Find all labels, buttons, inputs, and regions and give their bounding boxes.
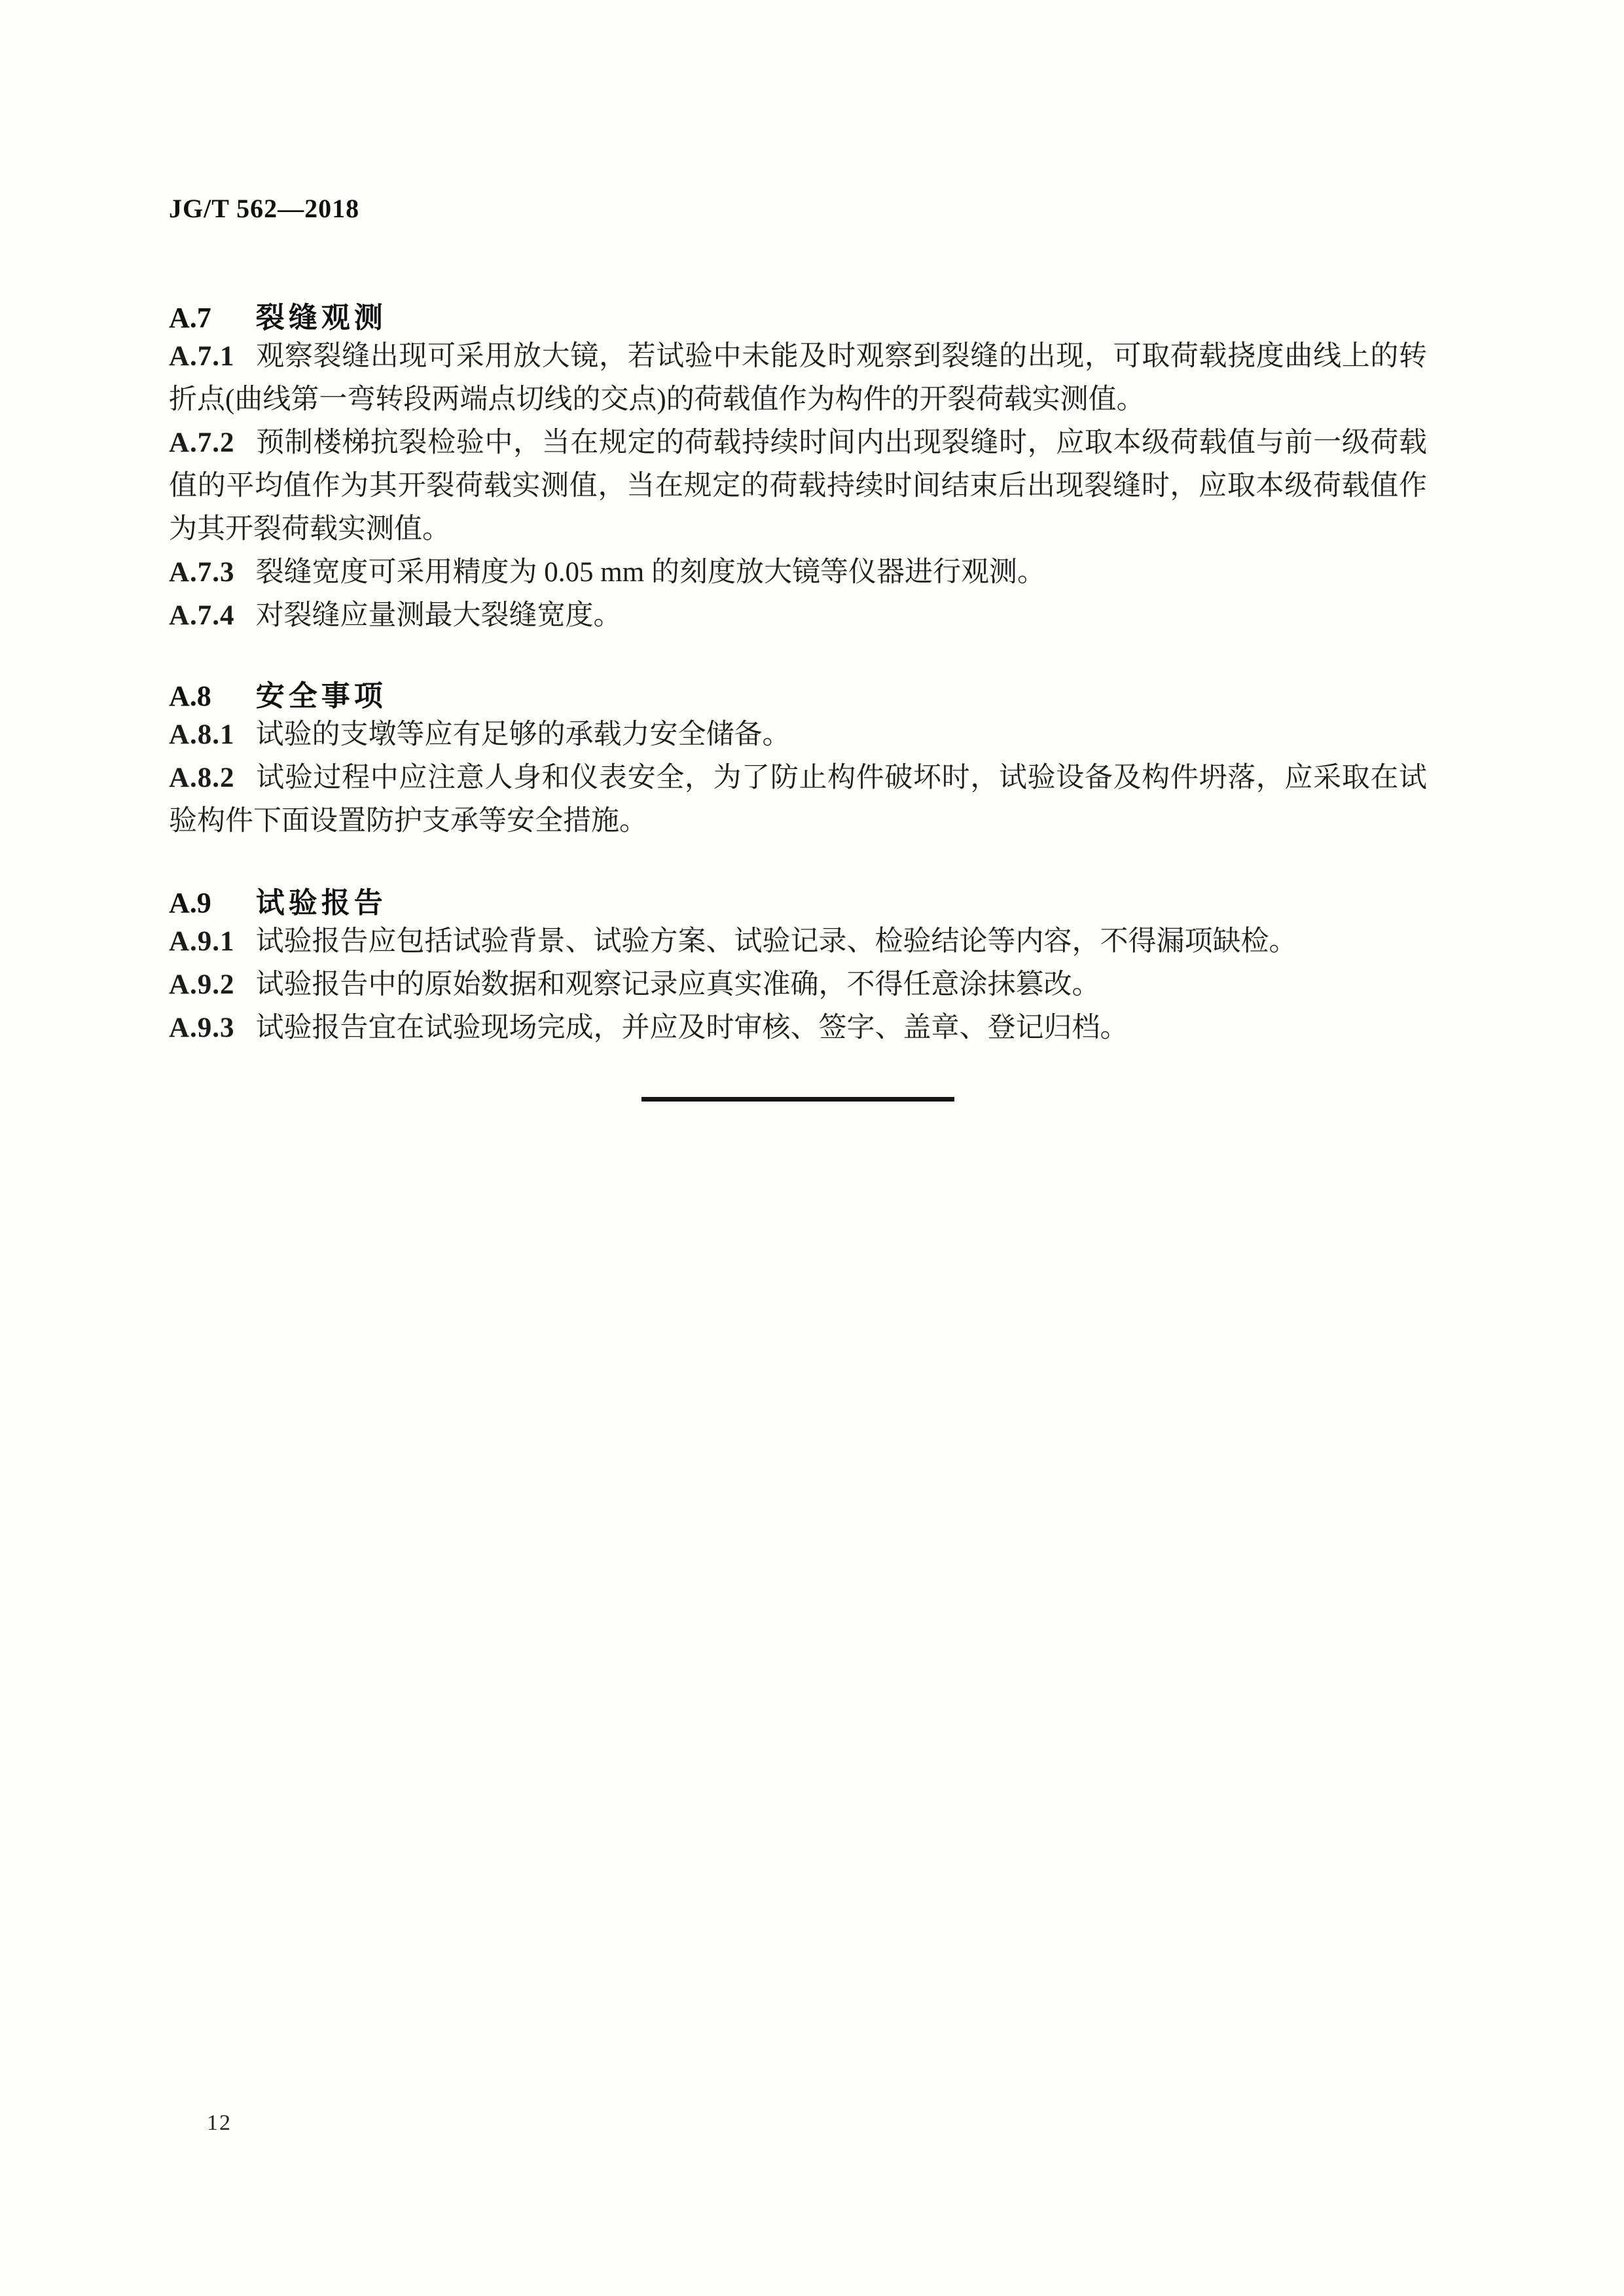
section-title: 安全事项	[256, 680, 387, 712]
clause-text: 试验过程中应注意人身和仪表安全，为了防止构件破坏时，试验设备及构件坍落，应采取在…	[169, 762, 1427, 836]
clause-text: 预制楼梯抗裂检验中，当在规定的荷载持续时间内出现裂缝时，应取本级荷载值与前一级荷…	[169, 427, 1427, 545]
clause-a9-1: A.9.1试验报告应包括试验背景、试验方案、试验记录、检验结论等内容，不得漏项缺…	[169, 920, 1427, 963]
clause-number: A.9.3	[169, 1013, 235, 1043]
clause-text: 试验报告宜在试验现场完成，并应及时审核、签字、盖章、登记归档。	[256, 1013, 1128, 1043]
clause-a7-3: A.7.3裂缝宽度可采用精度为 0.05 mm 的刻度放大镜等仪器进行观测。	[169, 551, 1427, 594]
clause-number: A.8.1	[169, 719, 235, 750]
clause-number: A.7.1	[169, 341, 235, 372]
clause-a8-1: A.8.1试验的支墩等应有足够的承载力安全储备。	[169, 713, 1427, 757]
section-title: 裂缝观测	[256, 302, 387, 334]
clause-a7-2: A.7.2预制楼梯抗裂检验中，当在规定的荷载持续时间内出现裂缝时，应取本级荷载值…	[169, 422, 1427, 551]
section-heading-a8: A.8安全事项	[169, 679, 1427, 713]
clause-a9-2: A.9.2试验报告中的原始数据和观察记录应真实准确，不得任意涂抹篡改。	[169, 963, 1427, 1007]
clause-text: 裂缝宽度可采用精度为 0.05 mm 的刻度放大镜等仪器进行观测。	[256, 557, 1045, 588]
clause-text: 试验报告应包括试验背景、试验方案、试验记录、检验结论等内容，不得漏项缺检。	[256, 926, 1297, 957]
clause-number: A.9.2	[169, 969, 235, 1000]
clause-a8-2: A.8.2试验过程中应注意人身和仪表安全，为了防止构件破坏时，试验设备及构件坍落…	[169, 757, 1427, 843]
document-page: JG/T 562—2018 A.7裂缝观测 A.7.1观察裂缝出现可采用放大镜，…	[0, 0, 1624, 2296]
page-number: 12	[207, 2110, 232, 2136]
standard-number-header: JG/T 562—2018	[169, 194, 1427, 224]
section-title: 试验报告	[256, 887, 387, 919]
end-of-annex-divider	[641, 1097, 954, 1102]
clause-text: 试验报告中的原始数据和观察记录应真实准确，不得任意涂抹篡改。	[256, 969, 1100, 1000]
clause-number: A.7.4	[169, 600, 235, 631]
section-number: A.8	[169, 680, 211, 712]
clause-number: A.8.2	[169, 762, 235, 793]
clause-number: A.7.3	[169, 557, 235, 588]
clause-text: 试验的支墩等应有足够的承载力安全储备。	[256, 719, 791, 750]
clause-a9-3: A.9.3试验报告宜在试验现场完成，并应及时审核、签字、盖章、登记归档。	[169, 1007, 1427, 1050]
clause-text: 对裂缝应量测最大裂缝宽度。	[256, 600, 622, 631]
text-column: JG/T 562—2018 A.7裂缝观测 A.7.1观察裂缝出现可采用放大镜，…	[169, 194, 1427, 1102]
clause-text: 观察裂缝出现可采用放大镜，若试验中未能及时观察到裂缝的出现，可取荷载挠度曲线上的…	[169, 341, 1427, 415]
clause-number: A.9.1	[169, 926, 235, 957]
clause-number: A.7.2	[169, 427, 235, 458]
section-number: A.7	[169, 302, 211, 334]
section-number: A.9	[169, 887, 211, 919]
clause-a7-1: A.7.1观察裂缝出现可采用放大镜，若试验中未能及时观察到裂缝的出现，可取荷载挠…	[169, 335, 1427, 422]
section-heading-a9: A.9试验报告	[169, 886, 1427, 920]
section-heading-a7: A.7裂缝观测	[169, 301, 1427, 335]
clause-a7-4: A.7.4对裂缝应量测最大裂缝宽度。	[169, 594, 1427, 637]
